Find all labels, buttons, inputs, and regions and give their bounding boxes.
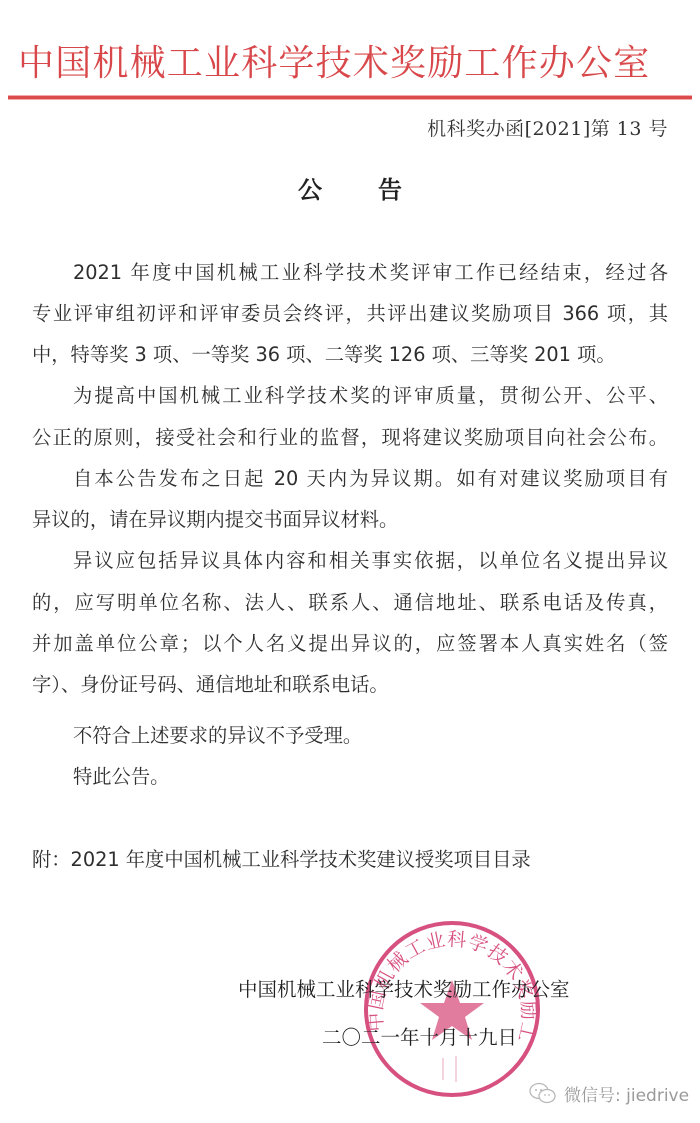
official-seal-icon: 中国机械工业科学技术奖励工作办公室 (361, 918, 543, 1100)
letterhead-divider (8, 95, 692, 100)
notice-title: 公告 (0, 170, 700, 205)
body-line: 不符合上述要求的异议不予受理。 (73, 724, 362, 748)
watermark: 微信号: jiedrive (528, 1078, 689, 1108)
body-line: 2021 年度中国机械工业科学技术奖评审工作已经结束，经过各 (73, 261, 668, 285)
body-line: 为提高中国机械工业科学技术奖的评审质量，贯彻公开、公平、 (73, 384, 668, 408)
watermark-text: 微信号: jiedrive (564, 1081, 689, 1106)
wechat-icon (528, 1081, 558, 1105)
attachment-line: 附：2021 年度中国机械工业科学技术奖建议授奖项目目录 (32, 848, 531, 872)
signature-organization: 中国机械工业科学技术奖励工作办公室 (238, 974, 570, 1002)
body-line: 自本公告发布之日起 20 天内为异议期。如有对建议奖励项目有 (73, 467, 668, 491)
body-line: 特此公告。 (73, 765, 169, 789)
body-line: 公正的原则，接受社会和行业的监督，现将建议奖励项目向社会公布。 (32, 426, 668, 450)
body-line: 异议应包括异议具体内容和相关事实依据，以单位名义提出异议 (73, 549, 668, 573)
signature-date: 二〇二一年十月十九日 (322, 1022, 517, 1050)
body-line: 的，应写明单位名称、法人、联系人、通信地址、联系电话及传真， (32, 591, 668, 615)
document-number: 机科奖办函[2021]第 13 号 (427, 114, 668, 141)
body-line: 异议的，请在异议期内提交书面异议材料。 (32, 508, 398, 532)
letterhead-title: 中国机械工业科学技术奖励工作办公室 (18, 40, 686, 88)
body-line: 并加盖单位公章；以个人名义提出异议的，应签署本人真实姓名（签 (32, 632, 668, 656)
body-line: 专业评审组初评和评审委员会终评，共评出建议奖励项目 366 项，其 (32, 302, 668, 326)
body-line: 中，特等奖 3 项、一等奖 36 项、二等奖 126 项、三等奖 201 项。 (32, 343, 616, 367)
body-line: 字）、身份证号码、通信地址和联系电话。 (32, 673, 389, 697)
